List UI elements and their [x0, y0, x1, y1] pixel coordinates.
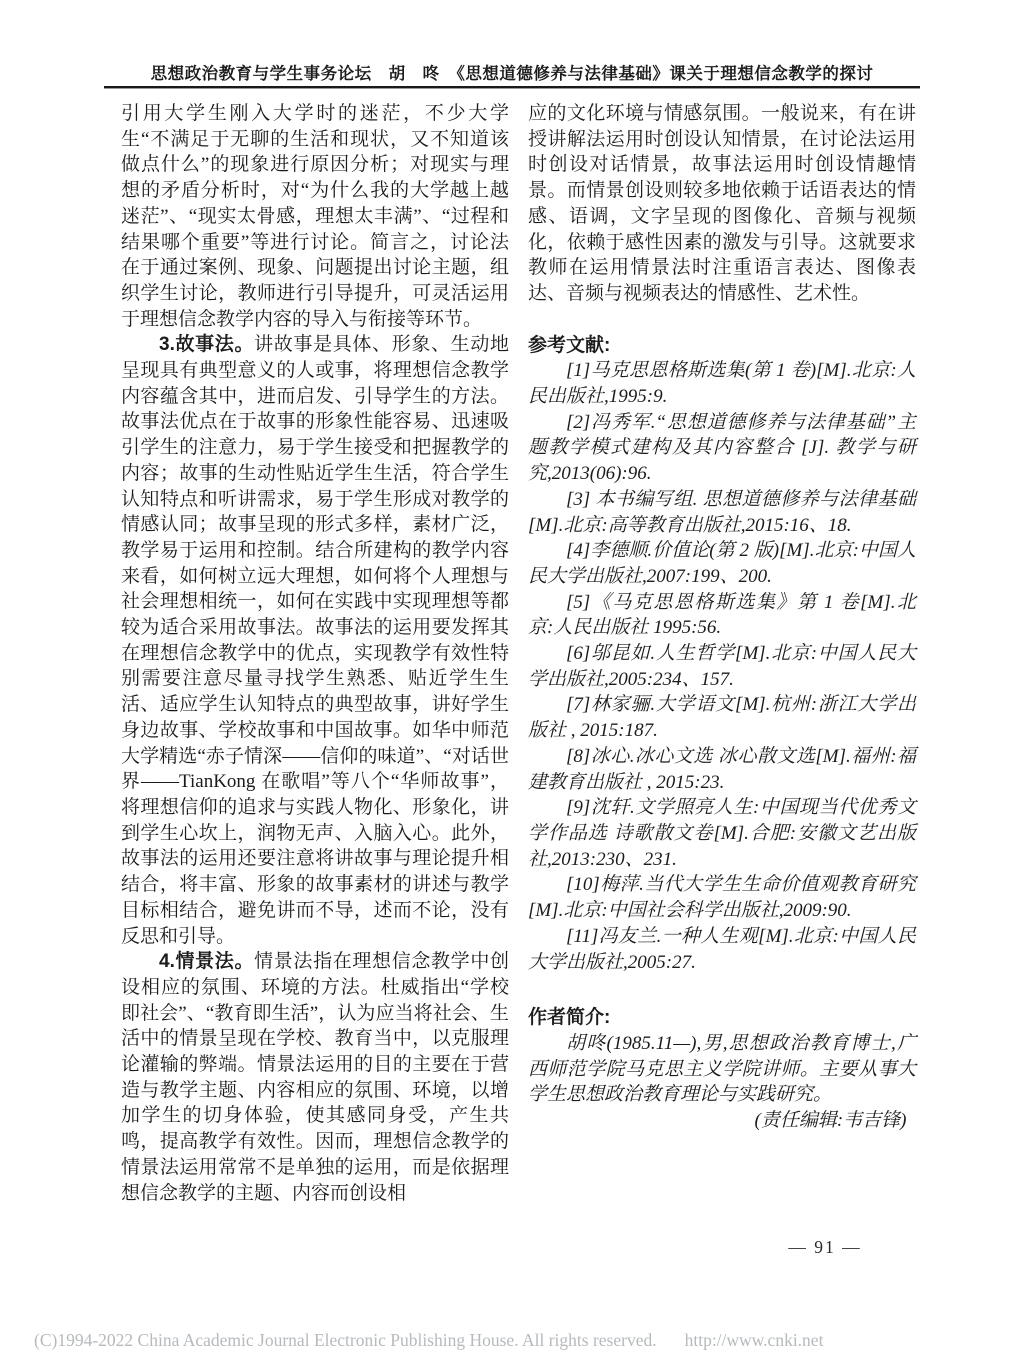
- scene-method-label: 4.情景法。: [159, 951, 254, 972]
- reference-item-6: [6]邬昆如.人生哲学[M].北京:中国人民大学出版社,2005:234、157…: [528, 641, 916, 692]
- copyright-text: (C)1994-2022 China Academic Journal Elec…: [34, 1330, 657, 1350]
- scene-method-text: 情景法指在理想信念教学中创设相应的氛围、环境的方法。杜威指出“学校即社会”、“教…: [121, 951, 509, 1203]
- story-method-text: 讲故事是具体、形象、生动地呈现具有典型意义的人或事，将理想信念教学内容蕴含其中，…: [121, 334, 509, 946]
- right-column: 应的文化环境与情感氛围。一般说来，有在讲授讲解法运用时创设认知情景，在讨论法运用…: [528, 101, 916, 1206]
- editor-note: (责任编辑:韦吉锋): [528, 1108, 916, 1134]
- paragraph-scene-method: 4.情景法。情景法指在理想信念教学中创设相应的氛围、环境的方法。杜威指出“学校即…: [121, 949, 509, 1206]
- reference-item-8: [8]冰心.冰心文选 冰心散文选[M].福州:福建教育出版社 , 2015:23…: [528, 744, 916, 795]
- reference-item-4: [4]李德顺.价值论(第 2 版)[M].北京:中国人民大学出版社,2007:1…: [528, 538, 916, 589]
- author-bio-heading: 作者简介:: [528, 1005, 916, 1031]
- reference-item-5: [5]《马克思恩格斯选集》第 1 卷[M].北京:人民出版社 1995:56.: [528, 590, 916, 641]
- footer-url: http://www.cnki.net: [685, 1330, 824, 1350]
- references-heading: 参考文献:: [528, 333, 916, 359]
- reference-item-3: [3] 本书编写组. 思想道德修养与法律基础[M].北京:高等教育出版社,201…: [528, 487, 916, 538]
- story-method-label: 3.故事法。: [159, 334, 254, 355]
- copyright-footer: (C)1994-2022 China Academic Journal Elec…: [34, 1330, 994, 1351]
- header-rule: [104, 86, 920, 89]
- paragraph-scene-method-continuation: 应的文化环境与情感氛围。一般说来，有在讲授讲解法运用时创设认知情景，在讨论法运用…: [528, 101, 916, 307]
- reference-item-10: [10]梅萍.当代大学生生命价值观教育研究[M].北京:中国社会科学出版社,20…: [528, 872, 916, 923]
- running-header: 思想政治教育与学生事务论坛 胡 咚 《思想道德修养与法律基础》课关于理想信念教学…: [104, 60, 920, 84]
- reference-item-7: [7]林家骊.大学语文[M].杭州:浙江大学出版社 , 2015:187.: [528, 692, 916, 743]
- journal-page: 思想政治教育与学生事务论坛 胡 咚 《思想道德修养与法律基础》课关于理想信念教学…: [0, 0, 1024, 1371]
- page-number: — 91 —: [745, 1237, 905, 1258]
- paragraph-discussion-method-continuation: 引用大学生刚入大学时的迷茫，不少大学生“不满足于无聊的生活和现状，又不知道该做点…: [121, 101, 509, 332]
- reference-item-1: [1]马克思恩格斯选集(第 1 卷)[M].北京:人民出版社,1995:9.: [528, 358, 916, 409]
- article-body: 引用大学生刚入大学时的迷茫，不少大学生“不满足于无聊的生活和现状，又不知道该做点…: [121, 101, 916, 1206]
- left-column: 引用大学生刚入大学时的迷茫，不少大学生“不满足于无聊的生活和现状，又不知道该做点…: [121, 101, 509, 1206]
- reference-item-2: [2]冯秀军.“思想道德修养与法律基础”主题教学模式建构及其内容整合 [J]. …: [528, 410, 916, 487]
- author-bio-text: 胡咚(1985.11—),男,思想政治教育博士,广西师范学院马克思主义学院讲师。…: [528, 1031, 916, 1108]
- reference-item-9: [9]沈轩.文学照亮人生:中国现当代优秀文学作品选 诗歌散文卷[M].合肥:安徽…: [528, 795, 916, 872]
- paragraph-story-method: 3.故事法。讲故事是具体、形象、生动地呈现具有典型意义的人或事，将理想信念教学内…: [121, 332, 509, 949]
- reference-item-11: [11]冯友兰.一种人生观[M].北京:中国人民大学出版社,2005:27.: [528, 924, 916, 975]
